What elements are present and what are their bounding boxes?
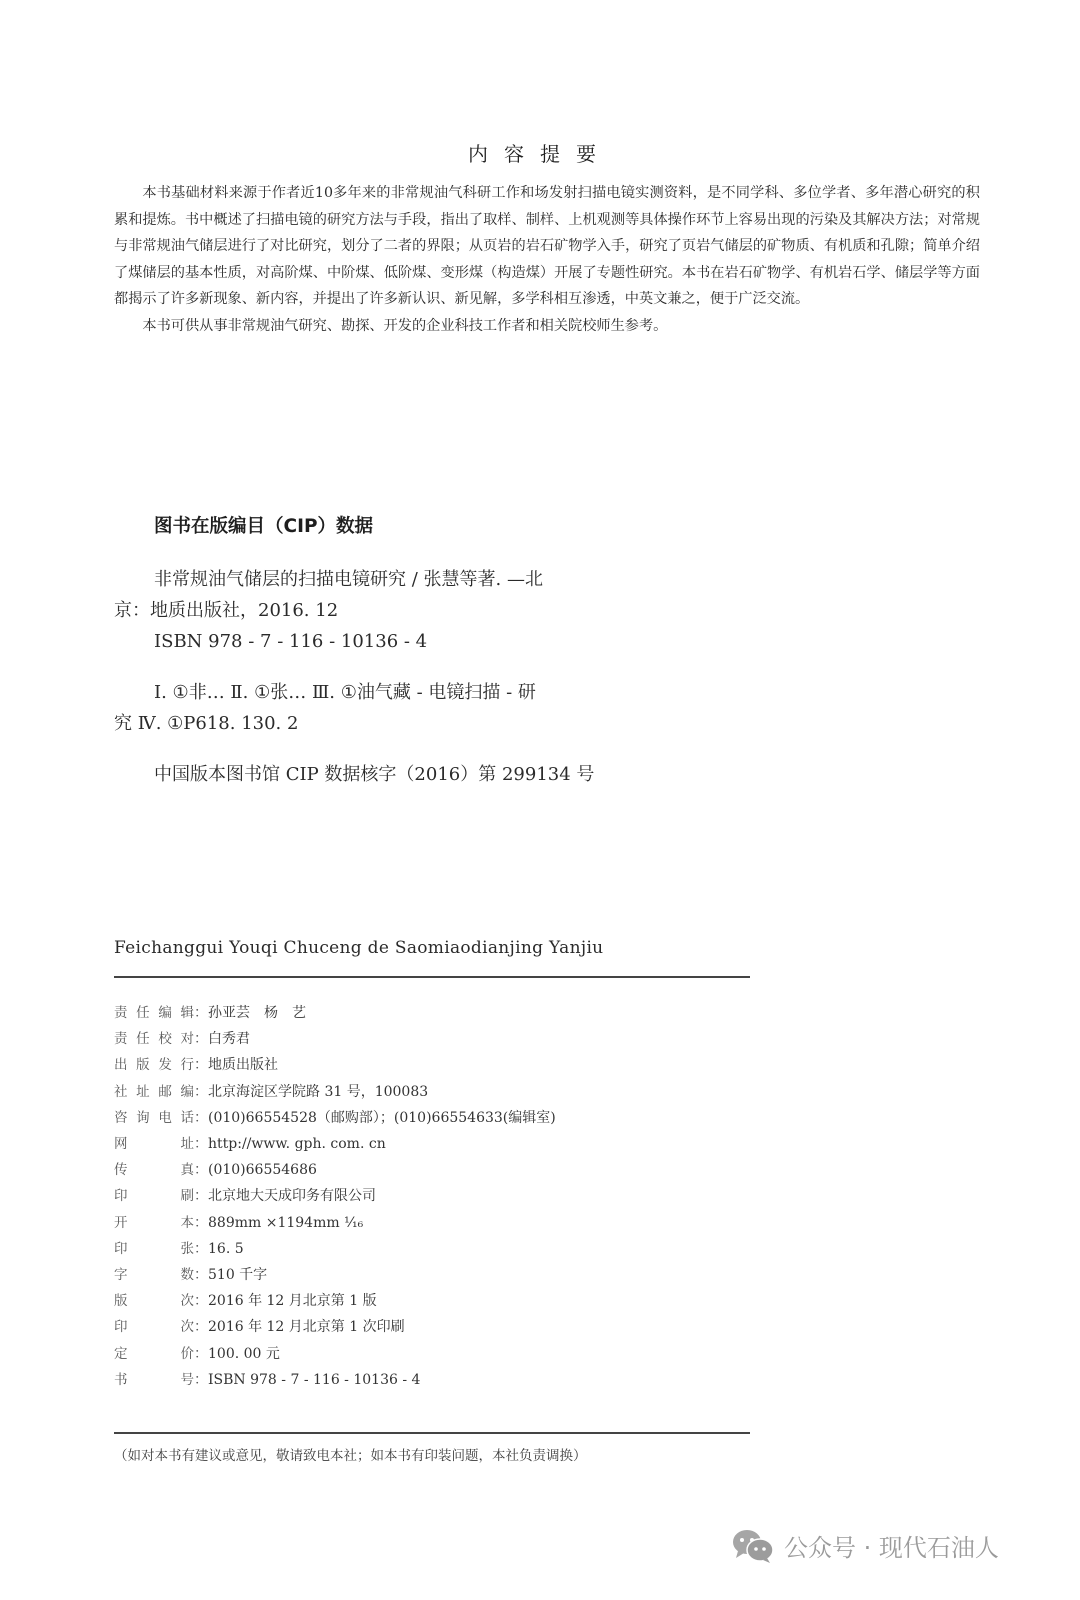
colophon-value: 510 千字 — [208, 1262, 267, 1288]
colophon-colon: ： — [194, 1052, 208, 1078]
cip-subject-line: Ⅰ. ①非… Ⅱ. ①张… Ⅲ. ①油气藏 - 电镜扫描 - 研 — [114, 677, 654, 708]
colophon-row: 版次：2016 年 12 月北京第 1 版 — [114, 1288, 556, 1314]
colophon-value: 2016 年 12 月北京第 1 次印刷 — [208, 1314, 405, 1340]
colophon-label-char: 任 — [136, 1026, 150, 1052]
colophon-label-char: 行 — [180, 1052, 194, 1078]
colophon-label: 印张 — [114, 1236, 194, 1262]
colophon-value: 孙亚芸 杨 艺 — [208, 1000, 306, 1026]
colophon-colon: ： — [194, 1210, 208, 1236]
colophon-label-char: 印 — [114, 1314, 128, 1340]
colophon-colon: ： — [194, 1000, 208, 1026]
colophon-label: 印次 — [114, 1314, 194, 1340]
abstract-body: 本书基础材料来源于作者近10多年来的非常规油气科研工作和场发射扫描电镜实测资料，… — [114, 180, 980, 339]
colophon-label-char: 真 — [181, 1157, 195, 1183]
colophon-label-char: 邮 — [158, 1079, 172, 1105]
colophon-row: 传真：(010)66554686 — [114, 1157, 556, 1183]
divider-bottom — [114, 1432, 750, 1434]
colophon-label-char: 对 — [180, 1026, 194, 1052]
colophon-label-char: 出 — [114, 1052, 128, 1078]
colophon-label-char: 话 — [180, 1105, 194, 1131]
colophon-colon: ： — [194, 1341, 208, 1367]
abstract-title: 内容提要 — [0, 138, 1080, 167]
colophon-label-char: 编 — [158, 1000, 172, 1026]
colophon-value: 北京海淀区学院路 31 号，100083 — [208, 1079, 428, 1105]
colophon-row: 责任校对：白秀君 — [114, 1026, 556, 1052]
colophon-value: 100. 00 元 — [208, 1341, 280, 1367]
colophon-colon: ： — [194, 1262, 208, 1288]
wechat-icon — [732, 1529, 774, 1563]
colophon-label: 字数 — [114, 1262, 194, 1288]
colophon-label-char: 社 — [114, 1079, 128, 1105]
colophon-label-char: 址 — [181, 1131, 195, 1157]
abstract-paragraph: 本书基础材料来源于作者近10多年来的非常规油气科研工作和场发射扫描电镜实测资料，… — [114, 180, 980, 313]
colophon-label: 书号 — [114, 1367, 194, 1393]
colophon-label-char: 印 — [114, 1183, 128, 1209]
colophon-value: 白秀君 — [208, 1026, 250, 1052]
colophon-row: 字数：510 千字 — [114, 1262, 556, 1288]
colophon-value: (010)66554686 — [208, 1157, 317, 1183]
colophon-label-char: 字 — [114, 1262, 128, 1288]
colophon-row: 定价：100. 00 元 — [114, 1341, 556, 1367]
colophon-label: 咨询电话 — [114, 1105, 194, 1131]
colophon-row: 责任编辑：孙亚芸 杨 艺 — [114, 1000, 556, 1026]
colophon-label-char: 发 — [158, 1052, 172, 1078]
colophon-label-char: 价 — [181, 1341, 195, 1367]
colophon-value: 889mm ×1194mm ¹⁄₁₆ — [208, 1210, 363, 1236]
colophon-row: 社址邮编：北京海淀区学院路 31 号，100083 — [114, 1079, 556, 1105]
divider-top — [114, 976, 750, 978]
colophon-label-char: 刷 — [181, 1183, 195, 1209]
colophon-label: 责任编辑 — [114, 1000, 194, 1026]
colophon-label-char: 定 — [114, 1341, 128, 1367]
colophon-value: 2016 年 12 月北京第 1 版 — [208, 1288, 377, 1314]
colophon: 责任编辑：孙亚芸 杨 艺责任校对：白秀君出版发行：地质出版社社址邮编：北京海淀区… — [114, 1000, 556, 1393]
colophon-label-char: 址 — [136, 1079, 150, 1105]
cip-publisher-line: 京：地质出版社，2016. 12 — [114, 595, 654, 626]
colophon-value: (010)66554528（邮购部）；(010)66554633(编辑室) — [208, 1105, 556, 1131]
colophon-row: 印张：16. 5 — [114, 1236, 556, 1262]
colophon-colon: ： — [194, 1236, 208, 1262]
cip-title-line: 非常规油气储层的扫描电镜研究 / 张慧等著. —北 — [114, 564, 654, 595]
colophon-label-char: 本 — [181, 1210, 195, 1236]
cip-heading: 图书在版编目（CIP）数据 — [154, 512, 373, 538]
colophon-colon: ： — [194, 1157, 208, 1183]
colophon-row: 出版发行：地质出版社 — [114, 1052, 556, 1078]
colophon-label-char: 责 — [114, 1026, 128, 1052]
colophon-row: 网址：http://www. gph. com. cn — [114, 1131, 556, 1157]
colophon-label-char: 电 — [158, 1105, 172, 1131]
colophon-colon: ： — [194, 1026, 208, 1052]
colophon-label: 版次 — [114, 1288, 194, 1314]
colophon-label-char: 号 — [181, 1367, 195, 1393]
colophon-label: 开本 — [114, 1210, 194, 1236]
footnote: （如对本书有建议或意见，敬请致电本社；如本书有印装问题，本社负责调换） — [114, 1444, 587, 1464]
colophon-value: 16. 5 — [208, 1236, 244, 1262]
colophon-colon: ： — [194, 1367, 208, 1393]
colophon-label: 社址邮编 — [114, 1079, 194, 1105]
colophon-label-char: 编 — [180, 1079, 194, 1105]
watermark: 公众号 · 现代石油人 — [732, 1528, 999, 1563]
colophon-label-char: 开 — [114, 1210, 128, 1236]
colophon-label-char: 网 — [114, 1131, 128, 1157]
colophon-label: 传真 — [114, 1157, 194, 1183]
colophon-label-char: 印 — [114, 1236, 128, 1262]
colophon-value: 地质出版社 — [208, 1052, 278, 1078]
colophon-label-char: 版 — [136, 1052, 150, 1078]
cip-verification-number: 中国版本图书馆 CIP 数据核字（2016）第 299134 号 — [114, 759, 654, 790]
colophon-label-char: 次 — [181, 1314, 195, 1340]
colophon-label: 印刷 — [114, 1183, 194, 1209]
pinyin-title: Feichanggui Youqi Chuceng de Saomiaodian… — [114, 938, 603, 958]
colophon-label-char: 书 — [114, 1367, 128, 1393]
colophon-label-char: 数 — [181, 1262, 195, 1288]
colophon-value: ISBN 978 - 7 - 116 - 10136 - 4 — [208, 1367, 420, 1393]
colophon-label-char: 次 — [181, 1288, 195, 1314]
colophon-colon: ： — [194, 1288, 208, 1314]
colophon-label-char: 传 — [114, 1157, 128, 1183]
colophon-label-char: 责 — [114, 1000, 128, 1026]
colophon-row: 开本：889mm ×1194mm ¹⁄₁₆ — [114, 1210, 556, 1236]
colophon-value: http://www. gph. com. cn — [208, 1131, 386, 1157]
colophon-label: 出版发行 — [114, 1052, 194, 1078]
colophon-label-char: 张 — [181, 1236, 195, 1262]
colophon-row: 咨询电话：(010)66554528（邮购部）；(010)66554633(编辑… — [114, 1105, 556, 1131]
colophon-row: 印次：2016 年 12 月北京第 1 次印刷 — [114, 1314, 556, 1340]
colophon-colon: ： — [194, 1079, 208, 1105]
colophon-label: 责任校对 — [114, 1026, 194, 1052]
colophon-colon: ： — [194, 1105, 208, 1131]
cip-classification-line: 究 Ⅳ. ①P618. 130. 2 — [114, 708, 654, 739]
cip-record: 非常规油气储层的扫描电镜研究 / 张慧等著. —北 京：地质出版社，2016. … — [114, 564, 654, 790]
colophon-label-char: 辑 — [180, 1000, 194, 1026]
colophon-label-char: 校 — [158, 1026, 172, 1052]
colophon-value: 北京地大天成印务有限公司 — [208, 1183, 376, 1209]
colophon-colon: ： — [194, 1314, 208, 1340]
colophon-label-char: 任 — [136, 1000, 150, 1026]
colophon-label-char: 版 — [114, 1288, 128, 1314]
colophon-label: 网址 — [114, 1131, 194, 1157]
watermark-text: 公众号 · 现代石油人 — [784, 1528, 999, 1563]
colophon-label: 定价 — [114, 1341, 194, 1367]
colophon-row: 印刷：北京地大天成印务有限公司 — [114, 1183, 556, 1209]
cip-isbn-line: ISBN 978 - 7 - 116 - 10136 - 4 — [114, 626, 654, 657]
colophon-label-char: 询 — [136, 1105, 150, 1131]
colophon-colon: ： — [194, 1131, 208, 1157]
abstract-paragraph: 本书可供从事非常规油气研究、勘探、开发的企业科技工作者和相关院校师生参考。 — [114, 313, 980, 340]
colophon-colon: ： — [194, 1183, 208, 1209]
colophon-row: 书号：ISBN 978 - 7 - 116 - 10136 - 4 — [114, 1367, 556, 1393]
colophon-label-char: 咨 — [114, 1105, 128, 1131]
